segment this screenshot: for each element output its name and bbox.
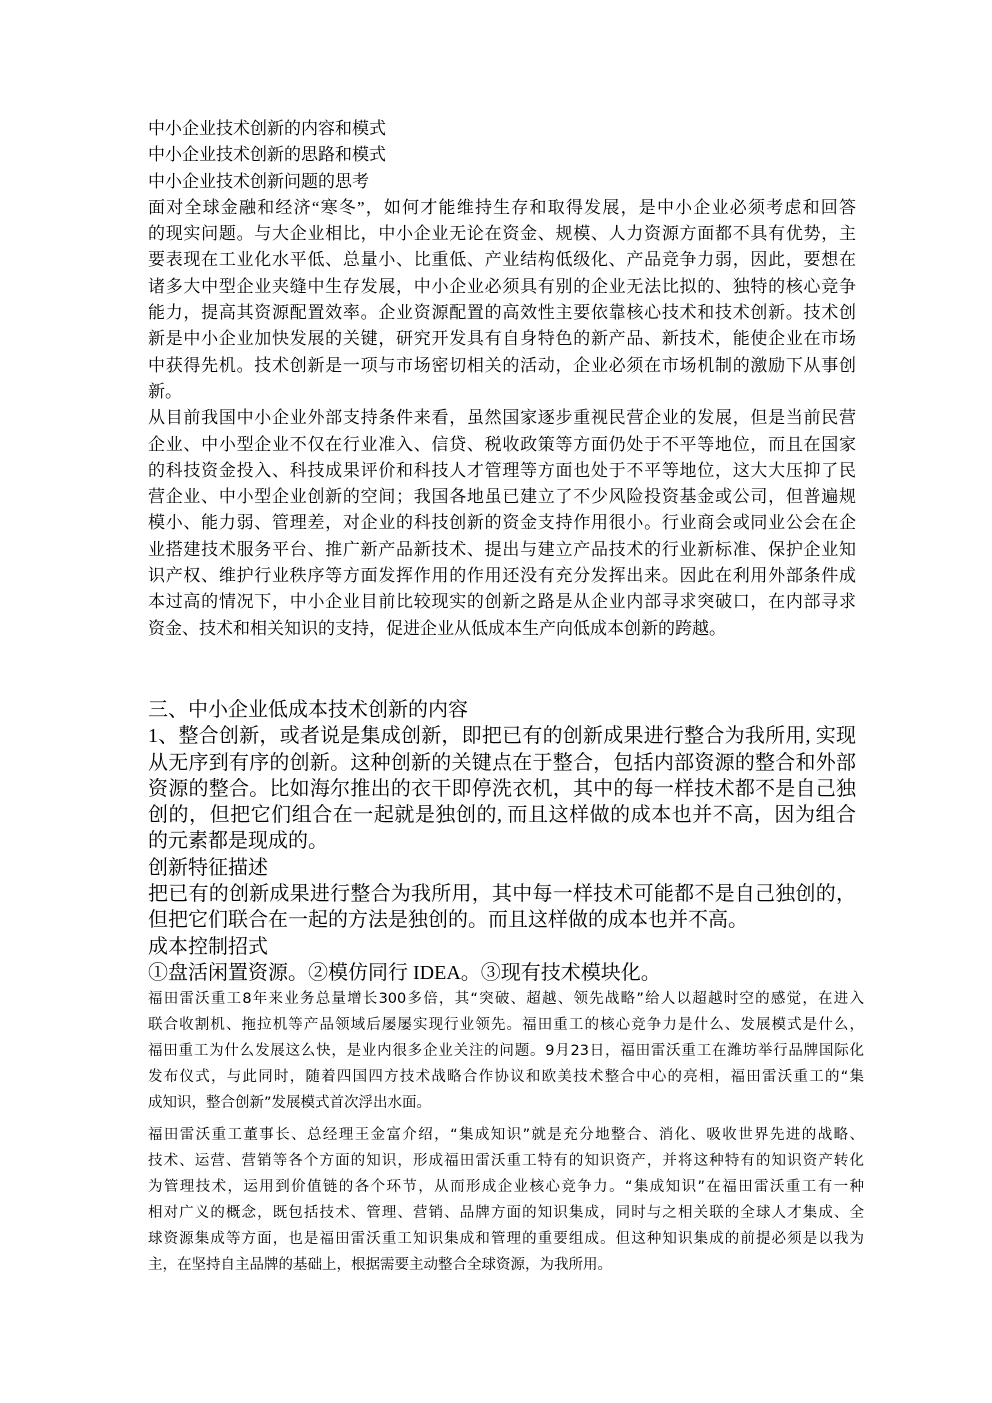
- text-line: 福田重工为什么发展这么快，是业内很多企业关注的问题。9月23日，福田雷沃重工在潍…: [148, 1038, 864, 1064]
- section-three-paragraph: 三、中小企业低成本技术创新的内容: [148, 697, 856, 723]
- text-line: 从目前我国中小企业外部支持条件来看，虽然国家逐步重视民营企业的发展，但是当前民营: [148, 405, 856, 431]
- text-line: 业搭建技术服务平台、推广新产品新技术、提出与建立产品技术的行业新标准、保护企业知: [148, 537, 856, 563]
- text-line: 的元素都是现成的。: [148, 828, 856, 854]
- intro-paragraph: 从目前我国中小企业外部支持条件来看，虽然国家逐步重视民营企业的发展，但是当前民营…: [148, 405, 856, 642]
- text-line: 资金、技术和相关知识的支持，促进企业从低成本生产向低成本创新的跨越。: [148, 616, 856, 642]
- text-line: 面对全球金融和经济“寒冬”，如何才能维持生存和取得发展，是中小企业必须考虑和回答: [148, 195, 856, 221]
- text-line: 技术、运营、营销等各个方面的知识，形成福田雷沃重工特有的知识资产，并将这种特有的…: [148, 1148, 864, 1174]
- text-line: 本过高的情况下，中小企业目前比较现实的创新之路是从企业内部寻求突破口，在内部寻求: [148, 589, 856, 615]
- text-line: 球资源集成等方面，也是福田雷沃重工知识集成和管理的重要组成。但这种知识集成的前提…: [148, 1226, 864, 1252]
- text-line: 要表现在工业化水平低、总量小、比重低、产业结构低级化、产品竞争力弱，因此，要想在: [148, 247, 856, 273]
- text-line: 创新特征描述: [148, 855, 856, 881]
- text-line: 中小企业技术创新的思路和模式: [148, 142, 856, 168]
- text-line: 1、整合创新，或者说是集成创新，即把已有的创新成果进行整合为我所用, 实现: [148, 723, 856, 749]
- text-line: 主，在坚持自主品牌的基础上，根据需要主动整合全球资源，为我所用。: [148, 1252, 864, 1278]
- intro-paragraph: 面对全球金融和经济“寒冬”，如何才能维持生存和取得发展，是中小企业必须考虑和回答…: [148, 195, 856, 405]
- text-line: 的现实问题。与大企业相比，中小企业无论在资金、规模、人力资源方面都不具有优势，主: [148, 221, 856, 247]
- text-line: 的科技资金投入、科技成果评价和科技人才管理等方面也处于不平等地位，这大大压抑了民: [148, 458, 856, 484]
- case-study-paragraph: 福田雷沃重工董事长、总经理王金富介绍，“集成知识”就是充分地整合、消化、吸收世界…: [148, 1122, 864, 1278]
- text-line: 营企业、中小型企业创新的空间；我国各地虽已建立了不少风险投资基金或公司，但普遍规: [148, 484, 856, 510]
- document-content: 中小企业技术创新的内容和模式中小企业技术创新的思路和模式中小企业技术创新问题的思…: [148, 116, 856, 1278]
- section-three-paragraph: 把已有的创新成果进行整合为我所用，其中每一样技术可能都不是自己独创的，但把它们联…: [148, 881, 856, 934]
- text-line: 中获得先机。技术创新是一项与市场密切相关的活动，企业必须在市场机制的激励下从事创: [148, 353, 856, 379]
- text-line: 新是中小企业加快发展的关键，研究开发具有自身特色的新产品、新技术，能使企业在市场: [148, 326, 856, 352]
- text-line: 创的，但把它们组合在一起就是独创的, 而且这样做的成本也并不高，因为组合: [148, 802, 856, 828]
- text-line: 联合收割机、拖拉机等产品领域后屡屡实现行业领先。福田重工的核心竞争力是什么、发展…: [148, 1012, 864, 1038]
- text-line: 为管理技术，运用到价值链的各个环节，从而形成企业核心竞争力。“集成知识”在福田雷…: [148, 1174, 864, 1200]
- text-line: 能力，提高其资源配置效率。企业资源配置的高效性主要依靠核心技术和技术创新。技术创: [148, 300, 856, 326]
- case-study-section: 福田雷沃重工8年来业务总量增长300多倍，其“突破、超越、领先战略”给人以超越时…: [148, 986, 864, 1278]
- text-line: 资源的整合。比如海尔推出的衣干即停洗衣机，其中的每一样技术都不是自己独: [148, 776, 856, 802]
- section-three-paragraph: 成本控制招式: [148, 934, 856, 960]
- text-line: 成知识，整合创新”发展模式首次浮出水面。: [148, 1090, 864, 1116]
- intro-paragraph: 中小企业技术创新的内容和模式: [148, 116, 856, 142]
- case-study-paragraph: 福田雷沃重工8年来业务总量增长300多倍，其“突破、超越、领先战略”给人以超越时…: [148, 986, 864, 1116]
- text-line: 新。: [148, 379, 856, 405]
- text-line: 相对广义的概念，既包括技术、管理、营销、品牌方面的知识集成，同时与之相关联的全球…: [148, 1200, 864, 1226]
- text-line: 识产权、维护行业秩序等方面发挥作用的作用还没有充分发挥出来。因此在利用外部条件成: [148, 563, 856, 589]
- text-line: 三、中小企业低成本技术创新的内容: [148, 697, 856, 723]
- text-line: 诸多大中型企业夹缝中生存发展，中小企业必须具有别的企业无法比拟的、独特的核心竞争: [148, 274, 856, 300]
- intro-section: 中小企业技术创新的内容和模式中小企业技术创新的思路和模式中小企业技术创新问题的思…: [148, 116, 856, 642]
- text-line: 中小企业技术创新问题的思考: [148, 169, 856, 195]
- section-three-section: 三、中小企业低成本技术创新的内容1、整合创新，或者说是集成创新，即把已有的创新成…: [148, 697, 856, 986]
- intro-paragraph: 中小企业技术创新的思路和模式: [148, 142, 856, 168]
- text-line: 企业、中小型企业不仅在行业准入、信贷、税收政策等方面仍处于不平等地位，而且在国家: [148, 432, 856, 458]
- text-line: 从无序到有序的创新。这种创新的关键点在于整合，包括内部资源的整合和外部: [148, 750, 856, 776]
- text-line: 福田雷沃重工董事长、总经理王金富介绍，“集成知识”就是充分地整合、消化、吸收世界…: [148, 1122, 864, 1148]
- text-line: 福田雷沃重工8年来业务总量增长300多倍，其“突破、超越、领先战略”给人以超越时…: [148, 986, 864, 1012]
- text-line: 成本控制招式: [148, 934, 856, 960]
- section-three-paragraph: ①盘活闲置资源。②模仿同行 IDEA。③现有技术模块化。: [148, 960, 856, 986]
- document-page: 中小企业技术创新的内容和模式中小企业技术创新的思路和模式中小企业技术创新问题的思…: [0, 0, 992, 1403]
- intro-paragraph: 中小企业技术创新问题的思考: [148, 169, 856, 195]
- text-line: 模小、能力弱、管理差，对企业的科技创新的资金支持作用很小。行业商会或同业公会在企: [148, 510, 856, 536]
- section-three-paragraph: 1、整合创新，或者说是集成创新，即把已有的创新成果进行整合为我所用, 实现从无序…: [148, 723, 856, 854]
- text-line: ①盘活闲置资源。②模仿同行 IDEA。③现有技术模块化。: [148, 960, 856, 986]
- text-line: 但把它们联合在一起的方法是独创的。而且这样做的成本也并不高。: [148, 907, 856, 933]
- section-three-paragraph: 创新特征描述: [148, 855, 856, 881]
- text-line: 发布仪式，与此同时，随着四国四方技术战略合作协议和欧美技术整合中心的亮相，福田雷…: [148, 1064, 864, 1090]
- text-line: 中小企业技术创新的内容和模式: [148, 116, 856, 142]
- text-line: 把已有的创新成果进行整合为我所用，其中每一样技术可能都不是自己独创的，: [148, 881, 856, 907]
